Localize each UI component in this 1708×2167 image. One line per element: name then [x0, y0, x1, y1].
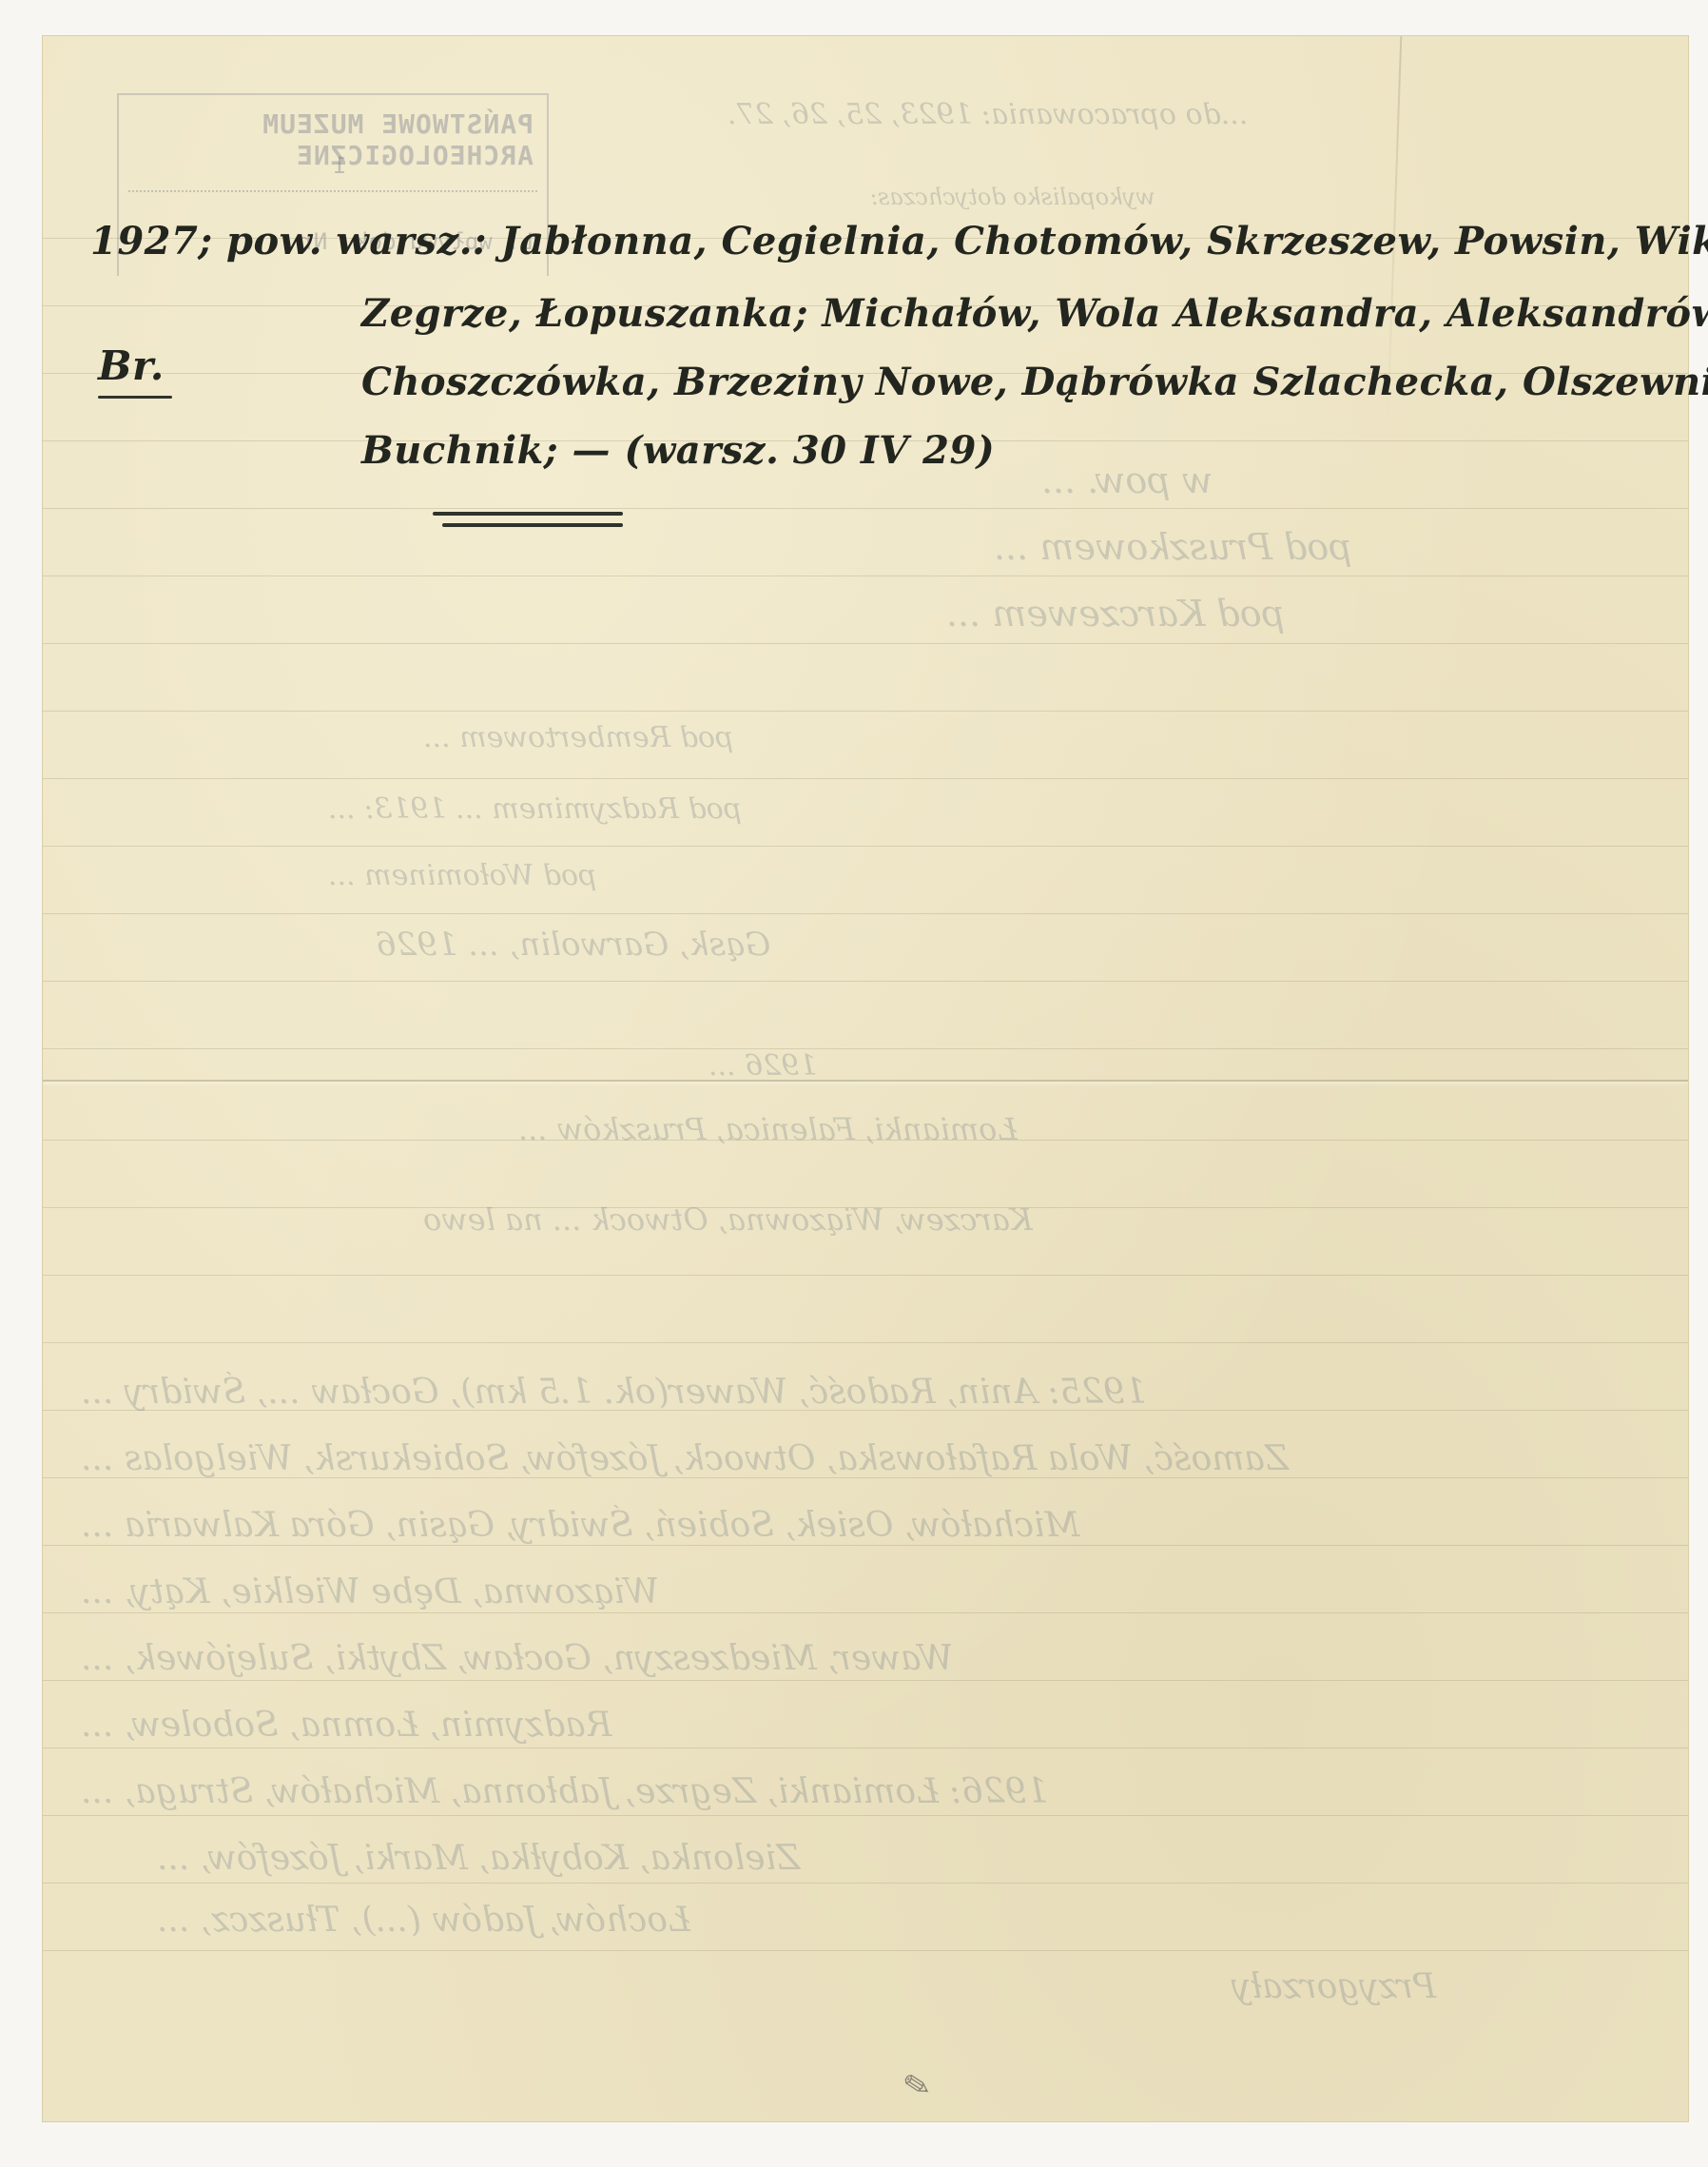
ruling-line [43, 1612, 1688, 1613]
ruling-line [43, 913, 1688, 914]
ghost-text: Przygorzały [1232, 1967, 1436, 2006]
ghost-text: Wiązowna, Dębe Wielkie, Kąty, ... [81, 1572, 659, 1611]
note-line-3: Choszczówka, Brzeziny Nowe, Dąbrówka Szl… [361, 360, 1708, 404]
double-underline-bottom [442, 523, 623, 527]
ghost-text: pod Pruszkowem ... [994, 526, 1352, 568]
ruling-line [43, 711, 1688, 712]
ghost-text: ...do opracowania: 1923, 25, 26, 27. [728, 98, 1248, 131]
ruling-line [43, 1342, 1688, 1343]
double-underline-top [433, 512, 623, 516]
document-page: PAŃSTWOWE MUZEUM ARCHEOLOGICZNE 1 L. wpł… [43, 36, 1688, 2121]
ruling-line [43, 1048, 1688, 1049]
ruling-line [43, 1950, 1688, 1951]
stamp-line-1: PAŃSTWOWE MUZEUM ARCHEOLOGICZNE [119, 108, 534, 171]
ghost-text: Zielonka, Kobyłka, Marki, Józefów, ... [157, 1839, 800, 1878]
ghost-text: pod Wołominem ... [328, 859, 596, 892]
ruling-line [43, 1883, 1688, 1884]
ruling-line [43, 1680, 1688, 1681]
ghost-text: w pow. ... [1041, 459, 1213, 501]
ruling-line [43, 981, 1688, 982]
ruling-line [43, 1275, 1688, 1276]
ghost-text: Łomianki, Falenica, Pruszków ... [518, 1111, 1018, 1147]
note-line-2: Zegrze, Łopuszanka; Michałów, Wola Aleks… [361, 291, 1708, 336]
ruling-line [43, 1747, 1688, 1748]
ghost-text: Zamość, Wola Rafałowska, Otwock, Józefów… [81, 1439, 1289, 1478]
ruling-line [43, 1545, 1688, 1546]
ruling-line [43, 846, 1688, 847]
horizontal-fold [43, 1080, 1688, 1082]
ghost-text: 1926: Łomianki, Zegrze, Jabłonna, Michał… [81, 1772, 1048, 1811]
ghost-text: Wawer, Miedzeszyn, Gocław, Zbytki, Sulej… [81, 1639, 953, 1678]
ruling-line [43, 778, 1688, 779]
pencil-scribble: ✎ [900, 2064, 934, 2107]
ghost-text: Michałów, Osiek, Sobień, Świdry, Gąsin, … [81, 1506, 1079, 1545]
ruling-line [43, 1815, 1688, 1816]
margin-label: Br. [98, 342, 165, 389]
ruling-line [43, 576, 1688, 576]
ghost-text: Łochów, Jadów (...), Tłuszcz, ... [157, 1901, 690, 1940]
ghost-text: 1926 ... [708, 1049, 818, 1083]
margin-label-underline [98, 396, 172, 399]
ruling-line [43, 508, 1688, 509]
ghost-text: Karczew, Wiązowna, Otwock ... na lewo [423, 1201, 1033, 1238]
ghost-text: pod Radzyminem ... 1913: ... [328, 792, 742, 826]
stamp-separator [128, 190, 537, 192]
stamp-line-2: 1 [334, 152, 347, 179]
ghost-text: 1925: Anin, Radość, Wawer(ok. 1.5 km), G… [81, 1373, 1147, 1412]
ghost-text: Radzymin, Łomna, Sobolew, ... [81, 1706, 612, 1745]
ghost-text: wykopalisko dotychczas: [870, 184, 1155, 210]
note-line-4: Buchnik; — (warsz. 30 IV 29) [361, 428, 995, 473]
note-line-1: 1927; pow. warsz.: Jabłonna, Cegielnia, … [90, 219, 1708, 264]
ghost-text: pod Karczewem ... [946, 593, 1285, 634]
ghost-text: pod Rembertowem ... [423, 721, 733, 754]
ghost-text: Gąsk, Garwolin, ... 1926 [376, 926, 770, 964]
ruling-line [43, 643, 1688, 644]
